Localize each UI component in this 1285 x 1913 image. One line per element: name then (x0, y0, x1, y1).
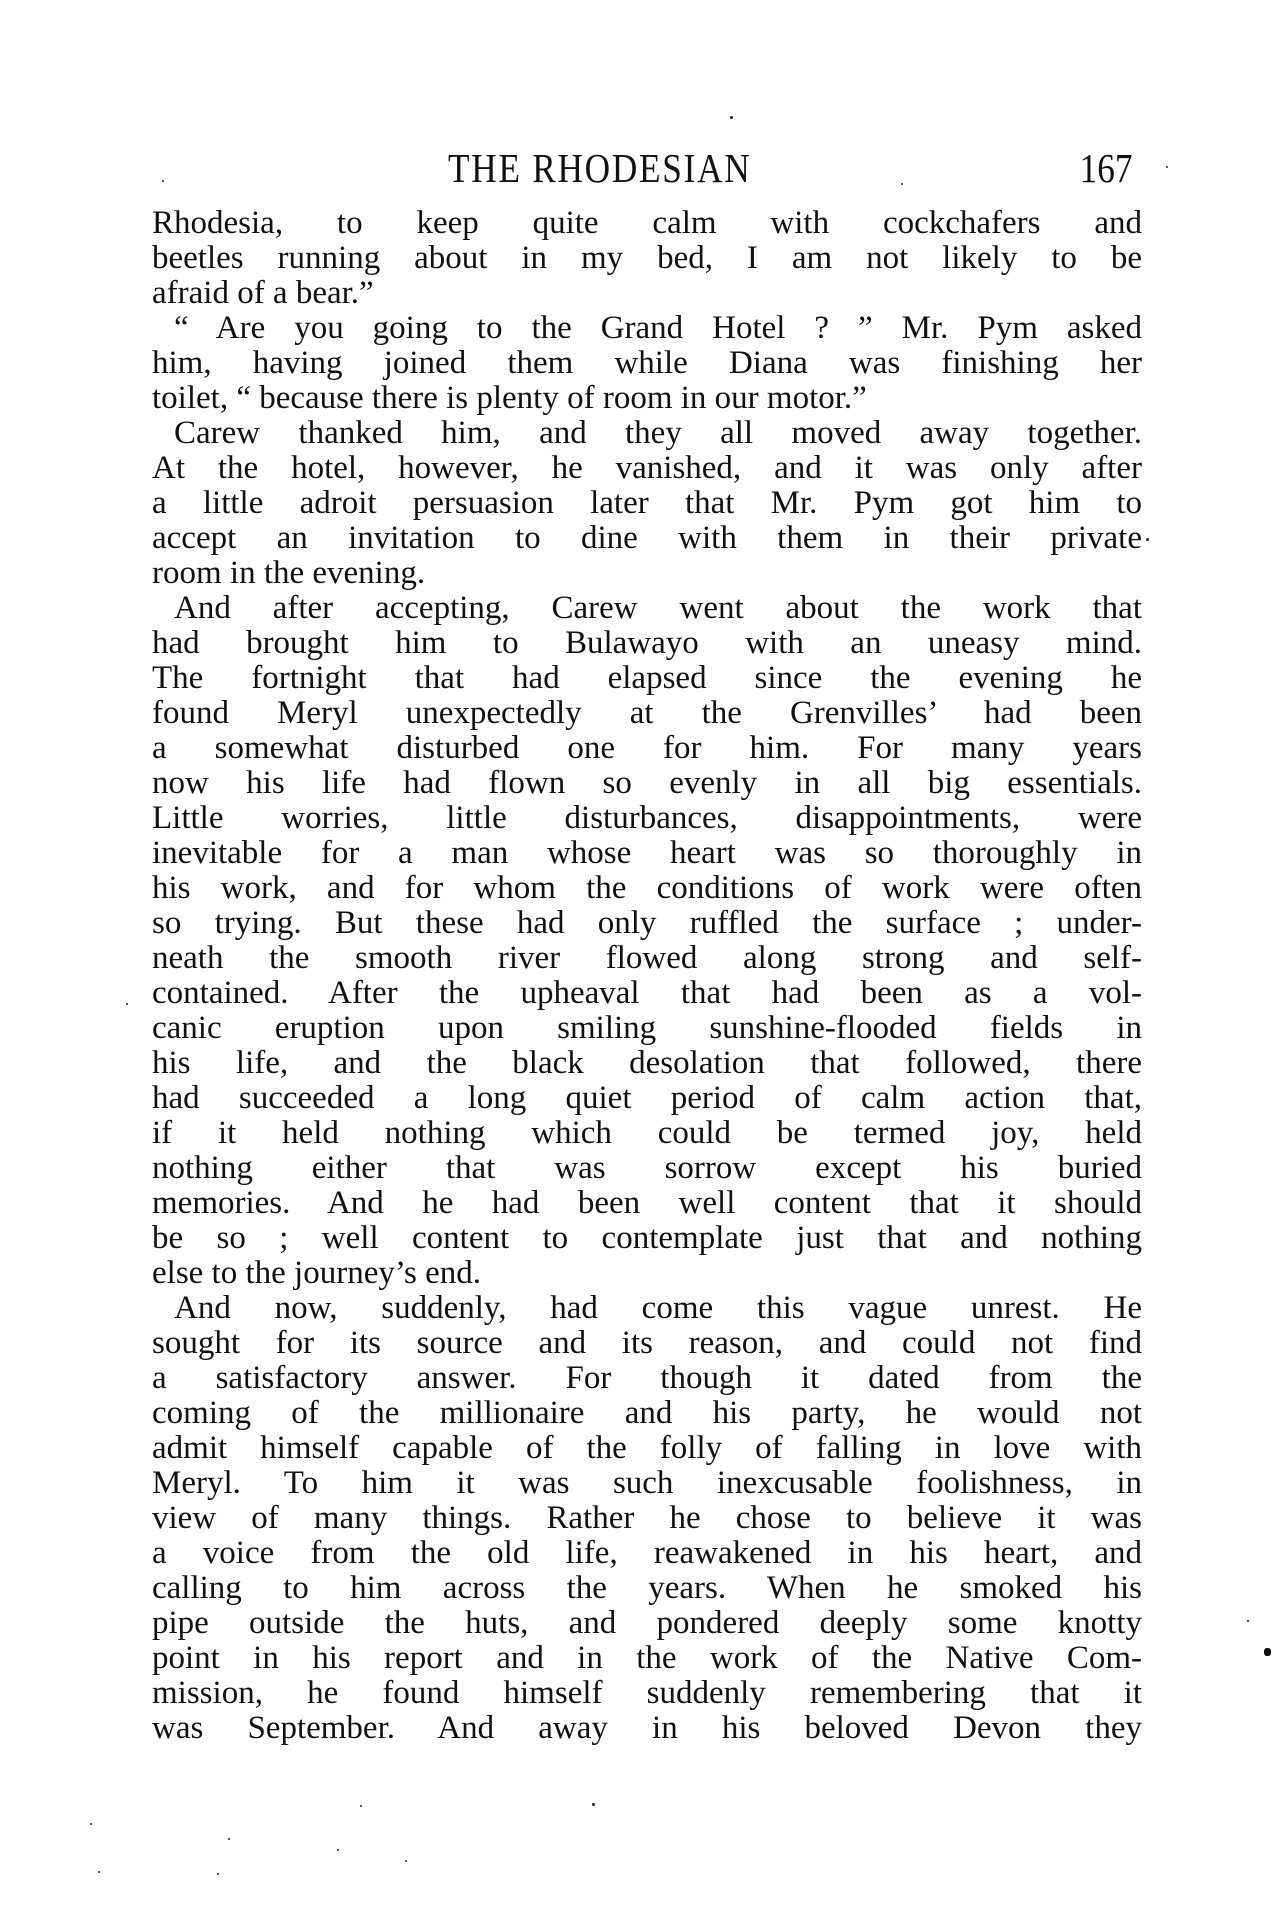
text-line: Carew thanked him, and they all moved aw… (152, 416, 1142, 451)
text-line: now his life had flown so evenly in all … (152, 766, 1142, 801)
scan-speck (592, 1803, 595, 1806)
text-line: Meryl. To him it was such inexcusable fo… (152, 1466, 1142, 1501)
text-line: sought for its source and its reason, an… (152, 1326, 1142, 1361)
text-line: The fortnight that had elapsed since the… (152, 661, 1142, 696)
book-page: THE RHODESIAN 167 Rhodesia, to keep quit… (0, 0, 1285, 1913)
text-line: accept an invitation to dine with them i… (152, 521, 1142, 556)
scan-speck (217, 1873, 219, 1875)
text-line: afraid of a bear.” (152, 276, 1142, 311)
text-line: neath the smooth river flowed along stro… (152, 941, 1142, 976)
scan-speck (360, 1805, 362, 1807)
text-line: “ Are you going to the Grand Hotel ? ” M… (152, 311, 1142, 346)
text-line: canic eruption upon smiling sunshine-flo… (152, 1011, 1142, 1046)
text-line: mission, he found himself suddenly remem… (152, 1676, 1142, 1711)
scan-speck (901, 183, 903, 185)
running-head: THE RHODESIAN 167 (152, 146, 1142, 190)
text-line: had brought him to Bulawayo with an unea… (152, 626, 1142, 661)
text-line: Little worries, little disturbances, dis… (152, 801, 1142, 836)
scan-speck (98, 1871, 100, 1873)
text-line: was September. And away in his beloved D… (152, 1711, 1142, 1746)
text-line: admit himself capable of the folly of fa… (152, 1431, 1142, 1466)
text-line: found Meryl unexpectedly at the Grenvill… (152, 696, 1142, 731)
scan-speck (337, 1849, 339, 1851)
text-line: so trying. But these had only ruffled th… (152, 906, 1142, 941)
text-line: else to the journey’s end. (152, 1256, 1142, 1291)
text-line: view of many things. Rather he chose to … (152, 1501, 1142, 1536)
scan-speck (90, 1823, 92, 1825)
body-text: Rhodesia, to keep quite calm with cockch… (152, 206, 1142, 1746)
text-line: memories. And he had been well content t… (152, 1186, 1142, 1221)
text-line: contained. After the upheaval that had b… (152, 976, 1142, 1011)
scan-speck (1146, 538, 1149, 541)
scan-speck (228, 1838, 230, 1840)
scan-speck (730, 116, 733, 119)
text-line: his life, and the black desolation that … (152, 1046, 1142, 1081)
text-line: a little adroit persuasion later that Mr… (152, 486, 1142, 521)
text-line: inevitable for a man whose heart was so … (152, 836, 1142, 871)
text-line: if it held nothing which could be termed… (152, 1116, 1142, 1151)
text-line: beetles running about in my bed, I am no… (152, 241, 1142, 276)
page-number: 167 (1079, 146, 1132, 190)
text-line: At the hotel, however, he vanished, and … (152, 451, 1142, 486)
text-line: a satisfactory answer. For though it dat… (152, 1361, 1142, 1396)
text-line: a somewhat disturbed one for him. For ma… (152, 731, 1142, 766)
scan-speck (162, 180, 164, 182)
text-line: his work, and for whom the conditions of… (152, 871, 1142, 906)
text-line: And after accepting, Carew went about th… (152, 591, 1142, 626)
text-line: be so ; well content to contemplate just… (152, 1221, 1142, 1256)
scan-speck (405, 1860, 407, 1862)
text-line: a voice from the old life, reawakened in… (152, 1536, 1142, 1571)
text-line: Rhodesia, to keep quite calm with cockch… (152, 206, 1142, 241)
ink-blot (1264, 1648, 1271, 1656)
scan-speck (1166, 166, 1168, 168)
scan-speck (126, 1003, 128, 1005)
text-line: toilet, “ because there is plenty of roo… (152, 381, 1142, 416)
text-line: him, having joined them while Diana was … (152, 346, 1142, 381)
text-line: coming of the millionaire and his party,… (152, 1396, 1142, 1431)
text-line: point in his report and in the work of t… (152, 1641, 1142, 1676)
text-line: room in the evening. (152, 556, 1142, 591)
scan-speck (1247, 1620, 1249, 1622)
text-line: nothing either that was sorrow except hi… (152, 1151, 1142, 1186)
text-line: had succeeded a long quiet period of cal… (152, 1081, 1142, 1116)
text-line: And now, suddenly, had come this vague u… (152, 1291, 1142, 1326)
running-title: THE RHODESIAN (448, 146, 751, 190)
text-line: pipe outside the huts, and pondered deep… (152, 1606, 1142, 1641)
text-line: calling to him across the years. When he… (152, 1571, 1142, 1606)
